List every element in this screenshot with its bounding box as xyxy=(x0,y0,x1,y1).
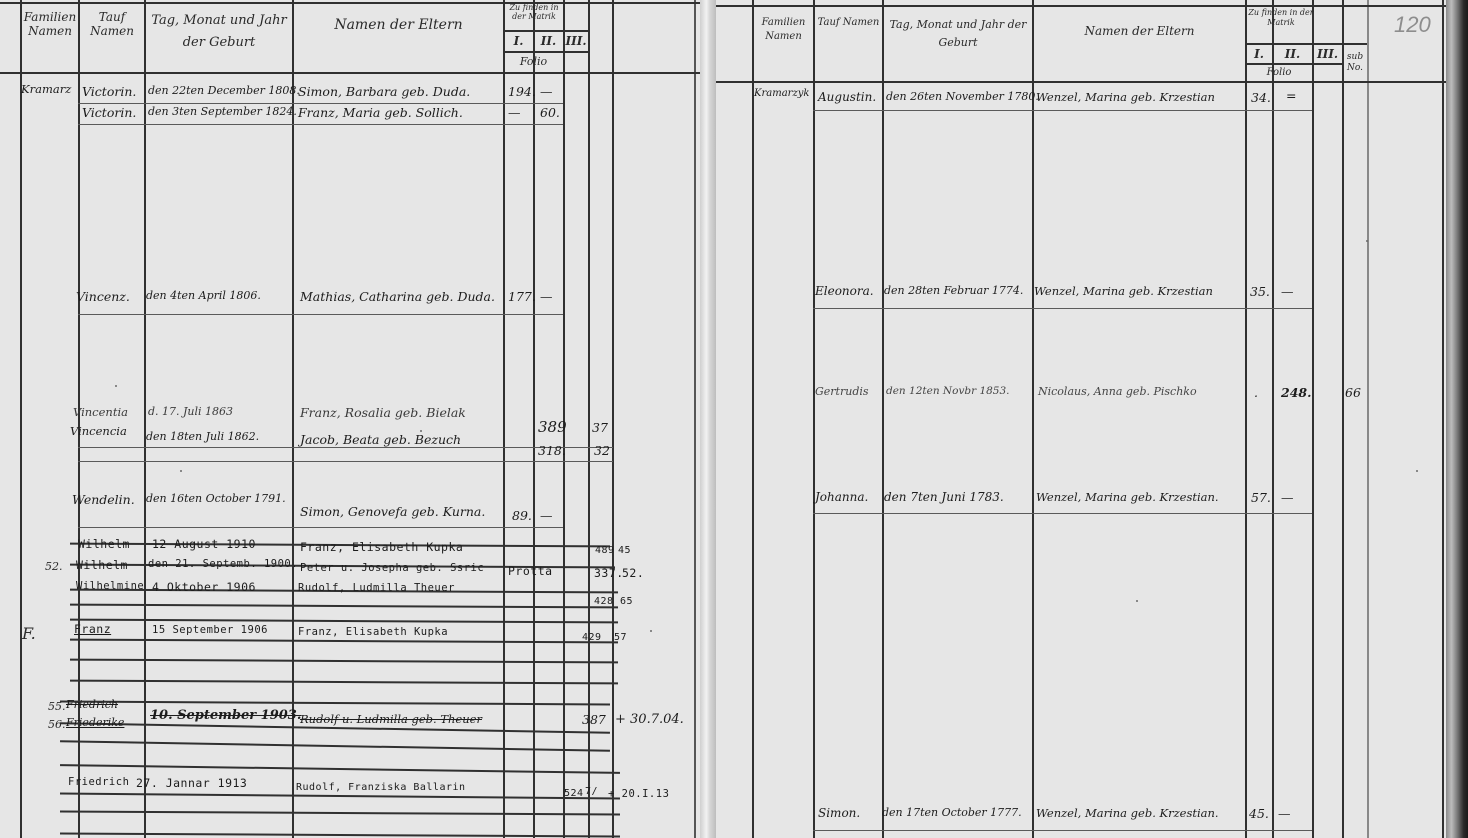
parents: Franz, Rosalia geb. Bielak xyxy=(300,405,466,420)
folio-ii: 57 xyxy=(614,632,627,643)
birth-date: 10. September 1903. xyxy=(150,708,301,723)
rule xyxy=(78,314,563,315)
folio-ii: — xyxy=(540,508,553,523)
baptism-name: Gertrudis xyxy=(815,385,869,398)
birth-date: 27. Jannar 1913 xyxy=(136,776,247,790)
header-birth-date: Tag, Monat und Jahr der Geburt xyxy=(146,10,292,54)
baptism-name: Augustin. xyxy=(818,90,876,104)
page-edge xyxy=(1446,0,1468,838)
rule xyxy=(503,30,588,32)
folio-ii: 60. xyxy=(540,105,560,120)
rule xyxy=(0,72,700,74)
parents: Peter u. Josepha geb. Ssric xyxy=(300,562,484,574)
birth-date: den 17ten October 1777. xyxy=(882,806,1022,819)
baptism-name: Wilhelm xyxy=(78,537,130,551)
baptism-name: Vincencia xyxy=(70,424,127,438)
birth-date: den 21. Septemb. 1900. xyxy=(148,558,298,570)
folio-ii: 65 xyxy=(620,596,633,607)
baptism-name: Friedrich xyxy=(66,698,118,711)
rule xyxy=(1342,0,1344,838)
rule xyxy=(694,0,696,838)
header-parents: Namen der Eltern xyxy=(294,12,503,38)
rule xyxy=(70,680,618,684)
birth-date: den 12ten Novbr 1853. xyxy=(886,385,1010,397)
baptism-name: Wendelin. xyxy=(72,492,135,507)
folio-i: 57. xyxy=(1251,490,1271,505)
margin-note: 52. xyxy=(45,560,63,573)
rule xyxy=(144,0,146,838)
rule xyxy=(78,103,563,104)
birth-date: den 4ten April 1806. xyxy=(146,289,261,302)
rule xyxy=(1272,0,1274,838)
folio-i: 318. xyxy=(538,443,566,458)
birth-date: den 22ten December 1808. xyxy=(148,84,300,97)
folio-i: 177. xyxy=(508,289,536,304)
folio-ii: 37 xyxy=(592,420,608,435)
parents: Rudolf, Ludmilla Theuer xyxy=(298,582,455,594)
folio-i: 489 xyxy=(595,545,615,556)
folio-i: 35. xyxy=(1250,284,1270,299)
header-birth-date: Tag, Monat und Jahr der Geburt xyxy=(884,16,1032,52)
baptism-name: Franz xyxy=(74,622,111,636)
parents: Rudolf u. Ludmilla geb. Theuer xyxy=(300,712,482,726)
parents: Rudolf, Franziska Ballarin xyxy=(296,782,466,793)
baptism-name: Johanna. xyxy=(815,490,868,504)
birth-date: den 26ten November 1780. xyxy=(886,90,1039,103)
right-ledger-page: Familien Namen Tauf Namen Tag, Monat und… xyxy=(716,0,1446,838)
parents: Wenzel, Marina geb. Krzestian xyxy=(1034,284,1213,298)
header-folio: Folio xyxy=(1246,66,1312,80)
speck xyxy=(420,430,422,432)
rule xyxy=(70,619,618,623)
folio-i: 389 xyxy=(538,418,567,436)
baptism-name: Vincentia xyxy=(73,405,128,419)
rule xyxy=(70,659,618,663)
parents: Simon, Genovefa geb. Kurna. xyxy=(300,504,485,519)
folio-i: 34. xyxy=(1251,90,1271,105)
folio-ii: — xyxy=(540,289,553,304)
baptism-name: Victorin. xyxy=(82,84,136,99)
baptism-name: Simon. xyxy=(818,806,860,820)
rule xyxy=(503,0,505,838)
header-family-name: Familien Namen xyxy=(22,10,78,38)
book-spine xyxy=(700,0,716,838)
parents: Franz, Maria geb. Sollich. xyxy=(298,105,463,120)
rule xyxy=(813,513,1312,514)
birth-date: 12 August 1910 xyxy=(152,537,256,551)
header-register: Zu finden in der Matrik xyxy=(504,3,564,21)
parents: Nicolaus, Anna geb. Pischko xyxy=(1038,385,1197,398)
rule xyxy=(1245,0,1247,838)
rule xyxy=(813,830,1312,831)
rule xyxy=(78,124,563,125)
header-sub-no: sub No. xyxy=(1343,52,1367,74)
parents: Franz, Elisabeth Kupka xyxy=(298,626,448,638)
header-vol-iii: III. xyxy=(564,34,588,48)
parents: Wenzel, Marina geb. Krzestian. xyxy=(1036,806,1219,820)
rule xyxy=(78,461,613,462)
rule xyxy=(60,701,610,705)
left-ledger-page: Familien Namen Tauf Namen Tag, Monat und… xyxy=(0,0,700,838)
rule xyxy=(1367,0,1369,838)
rule xyxy=(813,110,1312,111)
header-parents: Namen der Eltern xyxy=(1034,20,1245,42)
parents: Franz, Elisabeth Kupka xyxy=(300,540,463,554)
folio-i: 387 xyxy=(582,712,606,727)
margin-note: F. xyxy=(22,624,36,643)
header-vol-i: I. xyxy=(1246,47,1272,61)
folio-ii: 52. xyxy=(622,566,644,580)
header-baptism-name: Tauf Namen xyxy=(815,16,882,30)
folio-i: 194. xyxy=(508,84,536,99)
baptism-name: Wilhelm xyxy=(76,558,128,572)
folio-i: 428 xyxy=(594,596,614,607)
folio-i: 429 xyxy=(582,632,602,643)
baptism-name: Vincenz. xyxy=(76,289,130,304)
margin-note: 56. xyxy=(48,718,66,731)
rule xyxy=(20,0,22,838)
page-number: 120 xyxy=(1394,12,1431,38)
rule xyxy=(813,0,815,838)
parents: Wenzel, Marina geb. Krzestian. xyxy=(1036,490,1219,504)
baptism-name: Friedrich xyxy=(68,776,129,788)
folio-ii: — xyxy=(540,84,553,99)
rule xyxy=(752,0,754,838)
folio-ii: 248. xyxy=(1281,385,1311,400)
rule xyxy=(813,308,1312,309)
speck xyxy=(180,470,182,472)
rule xyxy=(716,5,1446,7)
rule xyxy=(612,0,614,838)
rule xyxy=(533,0,535,838)
death-note: + 20.I.13 xyxy=(608,788,669,800)
folio-ii: — xyxy=(1278,806,1291,821)
birth-date: den 18ten Juli 1862. xyxy=(146,430,259,443)
folio-i: 524 xyxy=(564,788,584,799)
folio-ii: — xyxy=(1281,284,1294,299)
header-register: Zu finden in der Matrik xyxy=(1246,8,1316,28)
rule xyxy=(716,81,1446,83)
rule xyxy=(1245,43,1367,45)
rule xyxy=(882,0,884,838)
baptism-name: Wilhelmine xyxy=(76,580,144,592)
family-name: Kramarz xyxy=(21,82,71,96)
baptism-name-alt: Friederike xyxy=(66,716,124,729)
parents: Simon, Barbara geb. Duda. xyxy=(298,84,470,99)
rule xyxy=(0,2,700,4)
folio-i: . xyxy=(1254,385,1258,400)
parents-extra: Protta xyxy=(508,564,553,578)
birth-date: den 3ten September 1824. xyxy=(148,105,297,118)
baptism-name: Victorin. xyxy=(82,105,136,120)
folio-ii: 45 xyxy=(618,545,631,556)
folio-i: 45. xyxy=(1249,806,1269,821)
rule xyxy=(1312,0,1314,838)
rule xyxy=(1442,0,1444,838)
sub-no: 66 xyxy=(1345,385,1361,400)
parents: Jacob, Beata geb. Bezuch xyxy=(300,432,461,447)
speck xyxy=(1366,240,1368,242)
family-name: Kramarzyk xyxy=(754,88,809,99)
margin-note: 55. xyxy=(48,700,66,713)
folio-i: 89. xyxy=(512,508,532,523)
speck xyxy=(650,630,652,632)
folio-i: — xyxy=(508,105,521,120)
folio-ii: 7/ xyxy=(585,786,598,797)
header-vol-iii: III. xyxy=(1313,47,1342,61)
rule xyxy=(60,740,610,751)
birth-date: 15 September 1906 xyxy=(152,624,268,636)
rule xyxy=(1032,0,1034,838)
header-vol-ii: II. xyxy=(1273,47,1312,61)
death-note: + 30.7.04. xyxy=(615,712,684,727)
folio-i: 337. xyxy=(594,566,624,580)
speck xyxy=(1416,470,1418,472)
birth-date: den 7ten Juni 1783. xyxy=(884,490,1004,504)
birth-date: d. 17. Juli 1863 xyxy=(148,405,233,418)
header-baptism-name: Tauf Namen xyxy=(80,10,144,38)
header-folio: Folio xyxy=(504,55,563,69)
birth-date: den 28ten Februar 1774. xyxy=(884,284,1023,297)
folio-ii: — xyxy=(1281,490,1294,505)
rule xyxy=(70,604,618,608)
header-vol-ii: II. xyxy=(534,34,563,48)
rule xyxy=(78,527,563,528)
speck xyxy=(115,385,117,387)
parents: Mathias, Catharina geb. Duda. xyxy=(300,289,495,304)
speck xyxy=(1136,600,1138,602)
parents: Wenzel, Marina geb. Krzestian xyxy=(1036,90,1215,104)
rule xyxy=(503,51,588,53)
baptism-name: Eleonora. xyxy=(815,284,874,298)
birth-date: 4 Oktober 1906 xyxy=(152,580,256,594)
folio-ii: = xyxy=(1286,88,1296,103)
birth-date: den 16ten October 1791. xyxy=(146,492,286,505)
rule xyxy=(78,0,80,838)
header-family-name: Familien Namen xyxy=(754,16,813,44)
folio-ii: 32 xyxy=(594,443,610,458)
rule xyxy=(70,639,618,643)
rule xyxy=(78,447,613,448)
header-vol-i: I. xyxy=(504,34,533,48)
rule xyxy=(1245,63,1342,65)
